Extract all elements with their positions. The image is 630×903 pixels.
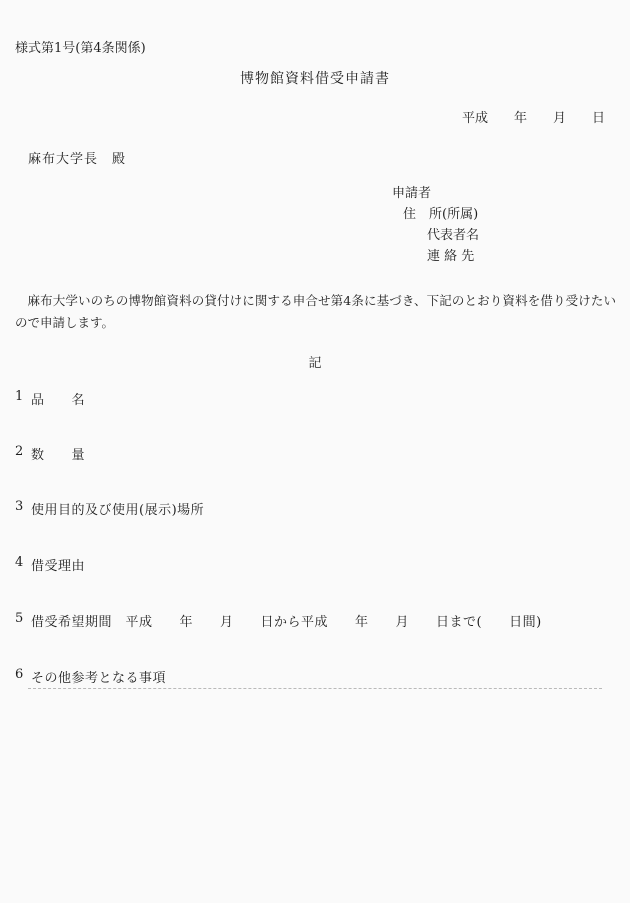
item-number: 3 (15, 499, 31, 518)
application-form-page: 様式第1号(第4条関係) 博物館資料借受申請書 平成 年 月 日 麻布大学長 殿… (0, 0, 630, 903)
record-marker: 記 (0, 352, 630, 371)
form-item-quantity: 2 数 量 (15, 444, 85, 463)
body-paragraph: 麻布大学いのちの博物館資料の貸付けに関する申合せ第4条に基づき、下記のとおり資料… (15, 290, 616, 334)
item-label: その他参考となる事項 (31, 667, 166, 686)
form-item-other-notes: 6 その他参考となる事項 (15, 667, 166, 686)
applicant-address-label: 住 所(所属) (403, 203, 478, 222)
item-number: 4 (15, 555, 31, 574)
applicant-representative-label: 代表者名 (427, 224, 479, 243)
addressee-line: 麻布大学長 殿 (28, 148, 126, 167)
item-number: 6 (15, 667, 31, 686)
form-item-name: 1 品 名 (15, 389, 85, 408)
dashed-divider (28, 688, 602, 689)
form-item-borrow-period: 5 借受希望期間 平成 年 月 日から平成 年 月 日まで( 日間) (15, 611, 542, 630)
form-number: 様式第1号(第4条関係) (15, 37, 146, 56)
item-number: 1 (15, 389, 31, 408)
page-title: 博物館資料借受申請書 (0, 68, 630, 88)
item-label: 借受希望期間 平成 年 月 日から平成 年 月 日まで( 日間) (31, 611, 542, 630)
item-label: 借受理由 (31, 555, 85, 574)
item-number: 2 (15, 444, 31, 463)
item-label: 数 量 (31, 444, 85, 463)
form-item-borrow-reason: 4 借受理由 (15, 555, 85, 574)
item-label: 使用目的及び使用(展示)場所 (31, 499, 204, 518)
item-number: 5 (15, 611, 31, 630)
item-label: 品 名 (31, 389, 85, 408)
date-line: 平成 年 月 日 (462, 107, 605, 126)
form-item-purpose-place: 3 使用目的及び使用(展示)場所 (15, 499, 204, 518)
applicant-label: 申請者 (392, 182, 431, 201)
applicant-contact-label: 連 絡 先 (427, 245, 474, 264)
